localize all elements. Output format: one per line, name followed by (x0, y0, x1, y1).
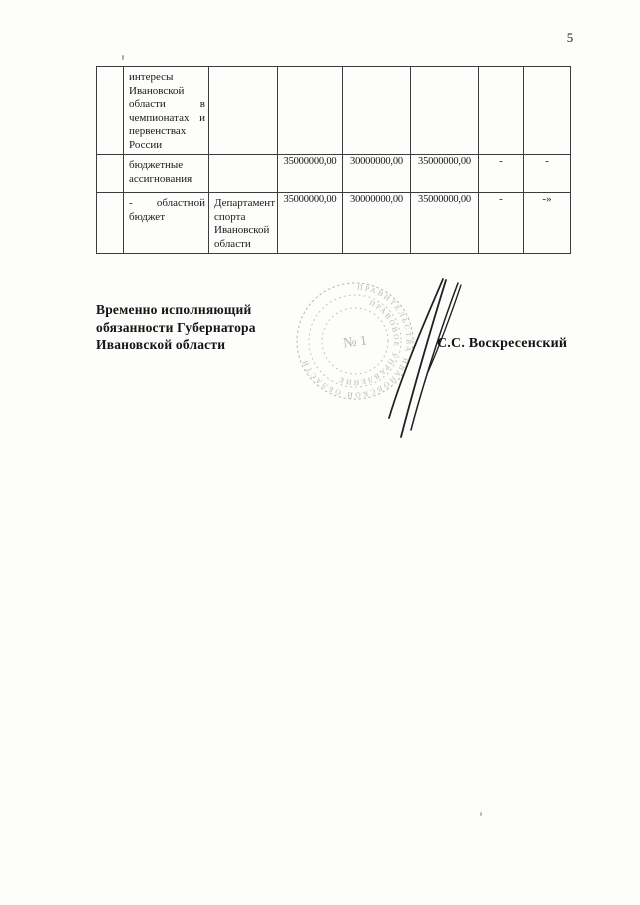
cell-empty (278, 67, 343, 155)
goal-line: областив (129, 98, 205, 112)
table-row-appropriations: бюджетные ассигнования 35000000,00 30000… (97, 155, 571, 193)
cell-empty (97, 67, 124, 155)
goal-line: интересы (129, 71, 205, 85)
cell-appropriations-label: бюджетные ассигнования (124, 155, 209, 193)
cell-budget-label: -областной бюджет (124, 193, 209, 254)
goal-line: первенствах (129, 125, 205, 139)
cell-empty (97, 155, 124, 193)
cell-amount-2021: 30000000,00 (343, 155, 411, 193)
signatory-name: С.С. Воскресенский (437, 336, 567, 352)
cell-amount-2022: 35000000,00 (411, 155, 479, 193)
cell-empty (209, 67, 278, 155)
page-number: 5 (555, 30, 585, 46)
table-row-continuation: интересы Ивановской областив чемпионатах… (97, 67, 571, 155)
goal-line: России (129, 139, 205, 153)
cell-dash: - (524, 155, 571, 193)
table-row-regional-budget: -областной бюджет Департамент спорта Ива… (97, 193, 571, 254)
cell-dash: - (479, 155, 524, 193)
cell-ditto: -» (524, 193, 571, 254)
signatory-title-line: Ивановской области (96, 336, 256, 354)
cell-department: Департамент спорта Ивановской области (209, 193, 278, 254)
goal-line: Ивановской (129, 85, 205, 99)
cell-empty (524, 67, 571, 155)
budget-table: интересы Ивановской областив чемпионатах… (96, 66, 571, 254)
cell-goal-text: интересы Ивановской областив чемпионатах… (124, 67, 209, 155)
cell-empty (411, 67, 479, 155)
scan-artifact-dot (480, 812, 482, 816)
cell-amount-2020: 35000000,00 (278, 193, 343, 254)
cell-empty (97, 193, 124, 254)
cell-empty (479, 67, 524, 155)
cell-empty (343, 67, 411, 155)
cell-empty (209, 155, 278, 193)
document-page: 5 интересы Ивановской областив чемпионат… (0, 0, 640, 905)
handwritten-signature (370, 265, 490, 445)
scan-artifact-dot (122, 55, 124, 60)
cell-dash: - (479, 193, 524, 254)
signatory-title-line: обязанности Губернатора (96, 319, 256, 337)
goal-line: чемпионатахи (129, 112, 205, 126)
signatory-title: Временно исполняющий обязанности Губерна… (96, 301, 256, 354)
cell-amount-2020: 35000000,00 (278, 155, 343, 193)
cell-amount-2022: 35000000,00 (411, 193, 479, 254)
cell-amount-2021: 30000000,00 (343, 193, 411, 254)
stamp-center-text: № 1 (342, 334, 368, 352)
signatory-title-line: Временно исполняющий (96, 301, 256, 319)
